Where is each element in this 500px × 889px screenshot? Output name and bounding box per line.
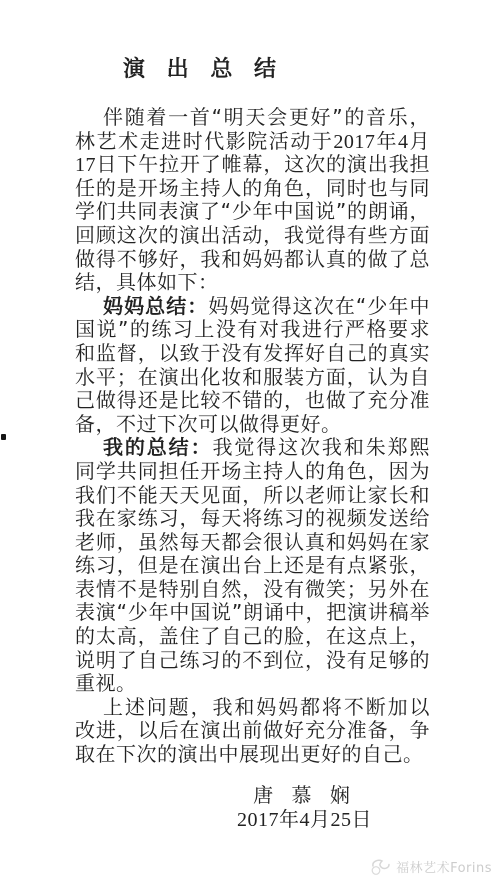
text-line: 国说”的练习上没有对我进行严格要求 <box>75 318 430 342</box>
text-line: 己做得还是比较不错的，也做了充分准 <box>75 389 430 413</box>
text-line: 上述问题，我和妈妈都将不断加以 <box>75 696 430 720</box>
document-content: 演 出 总 结 伴随着一首“明天会更好”的音乐，福 林艺术走进时代影院活动于20… <box>75 58 430 832</box>
forins-logo-icon <box>370 858 392 876</box>
text-line: 学们共同表演了“少年中国说”的朗诵， <box>75 200 430 224</box>
text-line: 结，具体如下： <box>75 271 430 295</box>
text-line: 我在家练习，每天将练习的视频发送给 <box>75 507 430 531</box>
document-title: 演 出 总 结 <box>123 58 430 82</box>
text-line: 林艺术走进时代影院活动于2017年4月 <box>75 130 430 154</box>
text-line: 我们不能天天见面，所以老师让家长和 <box>75 484 430 508</box>
text-line: 17日下午拉开了帷幕，这次的演出我担 <box>75 153 430 177</box>
text-line: 水平；在演出化妆和服装方面，认为自 <box>75 366 430 390</box>
paragraph-mom-summary: 妈妈总结：妈妈觉得这次在“少年中 国说”的练习上没有对我进行严格要求 和监督，以… <box>75 295 430 437</box>
text-line: 表情不是特别自然，没有微笑；另外在 <box>75 578 430 602</box>
text-line: 老师，虽然每天都会很认真和妈妈在家 <box>75 531 430 555</box>
text-line: 同学共同担任开场主持人的角色，因为 <box>75 460 430 484</box>
signature-block: 唐 慕 娴 2017年4月25日 <box>237 783 372 832</box>
signature-date: 2017年4月25日 <box>237 807 372 832</box>
text-line: 回顾这次的演出活动，我觉得有些方面 <box>75 224 430 248</box>
text-line: 我的总结：我觉得这次我和朱郑熙 <box>75 436 430 460</box>
scan-artifact-dot <box>1 434 6 440</box>
text-line: 任的是开场主持人的角色，同时也与同 <box>75 177 430 201</box>
text-line: 做得不够好，我和妈妈都认真的做了总 <box>75 248 430 272</box>
paragraph-intro: 伴随着一首“明天会更好”的音乐，福 林艺术走进时代影院活动于2017年4月 17… <box>75 106 430 295</box>
text-line: 改进，以后在演出前做好充分准备，争 <box>75 719 430 743</box>
text-line: 备，不过下次可以做得更好。 <box>75 413 430 437</box>
text-line: 表演“少年中国说”朗诵中，把演讲稿举 <box>75 601 430 625</box>
watermark: 福林艺术Forins <box>370 857 492 876</box>
text-line: 练习，但是在演出台上还是有点紧张， <box>75 554 430 578</box>
document-page: 演 出 总 结 伴随着一首“明天会更好”的音乐，福 林艺术走进时代影院活动于20… <box>0 0 500 889</box>
watermark-label: 福林艺术Forins <box>396 857 492 876</box>
mom-summary-label: 妈妈总结： <box>103 295 208 318</box>
text-line: 取在下次的演出中展现出更好的自己。 <box>75 743 430 767</box>
text-line: 和监督，以致于没有发挥好自己的真实 <box>75 342 430 366</box>
text-line: 的太高，盖住了自己的脸，在这点上， <box>75 625 430 649</box>
paragraph-closing: 上述问题，我和妈妈都将不断加以 改进，以后在演出前做好充分准备，争 取在下次的演… <box>75 696 430 767</box>
my-summary-label: 我的总结： <box>103 436 212 459</box>
signature-name: 唐 慕 娴 <box>237 783 372 807</box>
text-line: 重视。 <box>75 672 430 696</box>
text-line: 说明了自己练习的不到位，没有足够的 <box>75 649 430 673</box>
paragraph-my-summary: 我的总结：我觉得这次我和朱郑熙 同学共同担任开场主持人的角色，因为 我们不能天天… <box>75 436 430 696</box>
text-line: 伴随着一首“明天会更好”的音乐，福 <box>75 106 430 130</box>
text-line: 妈妈总结：妈妈觉得这次在“少年中 <box>75 295 430 319</box>
